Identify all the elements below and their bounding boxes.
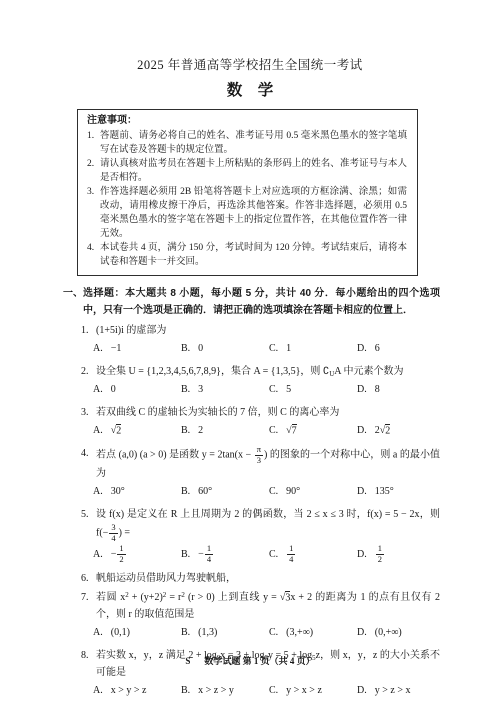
option-b: B.2 (181, 422, 269, 439)
notice-title: 注意事项： (87, 114, 407, 128)
math-fraction: 12 (117, 544, 125, 564)
question-options: A.x > y > zB.x > z > yC.y > x > zD.y > z… (93, 682, 440, 699)
option-label: D. (357, 682, 367, 699)
option-value: 60° (198, 483, 212, 500)
question-body: 若圆 x2 + (y+2)2 = r2 (r > 0) 上到直线 y = √3x… (96, 589, 440, 645)
question-item: 3.若双曲线 C 的虚轴长为实轴长的 7 倍，则 C 的离心率为A.√2B.2C… (81, 404, 440, 443)
notice-item: 2.请认真核对监考员在答题卡上所粘贴的条形码上的姓名、准考证号与本人是否相符。 (87, 157, 407, 185)
option-a: A.(0,1) (93, 624, 181, 641)
question-item: 1.(1+5i)i 的虚部为A.−1B.0C.1D.6 (81, 322, 440, 361)
option-value: (1,3) (198, 624, 217, 641)
option-value: 90° (286, 483, 300, 500)
option-label: B. (181, 546, 190, 563)
superscript: 2 (181, 591, 185, 599)
question-options: A.(0,1)B.(1,3)C.(3,+∞)D.(0,+∞) (93, 624, 440, 641)
option-value: 6 (375, 340, 380, 357)
question-body: 帆船运动员借助风力驾驶帆船， (96, 570, 440, 587)
option-value: (0,1) (111, 624, 130, 641)
option-label: A. (93, 546, 103, 563)
option-c: C.1 (269, 340, 357, 357)
option-label: A. (93, 422, 103, 439)
question-body: 设 f(x) 是定义在 R 上且周期为 2 的偶函数，当 2 ≤ x ≤ 3 时… (96, 506, 440, 568)
option-value: √2 (111, 422, 122, 439)
option-value: x > z > y (198, 682, 234, 699)
option-label: B. (181, 381, 190, 398)
page-indicator: 数学试题 第 1 页（共 4 页） (204, 656, 314, 666)
fraction-numerator: 1 (205, 544, 213, 555)
option-c: C.5 (269, 381, 357, 398)
option-value: x > y > z (111, 682, 147, 699)
fraction-numerator: 3 (109, 523, 117, 534)
option-value: 3 (198, 381, 203, 398)
question-item: 5.设 f(x) 是定义在 R 上且周期为 2 的偶函数，当 2 ≤ x ≤ 3… (81, 506, 440, 568)
option-value: 2√2 (375, 422, 391, 439)
notice-item-number: 1. (87, 129, 100, 157)
superscript: 2 (125, 591, 129, 599)
fraction-denominator: 4 (287, 555, 295, 565)
notice-item-text: 请认真核对监考员在答题卡上所粘贴的条形码上的姓名、准考证号与本人是否相符。 (100, 157, 407, 185)
option-d: D.6 (357, 340, 380, 357)
question-stem: 帆船运动员借助风力驾驶帆船， (96, 570, 440, 587)
fraction-denominator: 3 (255, 456, 263, 466)
option-label: C. (269, 340, 278, 357)
question-body: 若点 (a,0) (a > 0) 是函数 y = 2tan(x − π3) 的图… (96, 445, 440, 504)
fraction-numerator: 1 (287, 544, 295, 555)
option-label: C. (269, 381, 278, 398)
question-options: A.√2B.2C.√7D.2√2 (93, 422, 440, 439)
option-b: B.60° (181, 483, 269, 500)
question-item: 4.若点 (a,0) (a > 0) 是函数 y = 2tan(x − π3) … (81, 445, 440, 504)
option-value: 5 (286, 381, 291, 398)
fraction-denominator: 2 (117, 555, 125, 565)
option-value: 12 (375, 544, 385, 564)
math-fraction: π3 (255, 445, 263, 465)
notice-item-number: 3. (87, 185, 100, 241)
option-label: B. (181, 682, 190, 699)
option-value: 14 (286, 544, 296, 564)
option-value: 8 (375, 381, 380, 398)
option-d: D.8 (357, 381, 380, 398)
option-c: C.√7 (269, 422, 357, 439)
option-c: C.14 (269, 544, 357, 564)
subscript: U (329, 370, 334, 378)
question-stem: 若圆 x2 + (y+2)2 = r2 (r > 0) 上到直线 y = √3x… (96, 589, 440, 623)
option-value: y > z > x (375, 682, 411, 699)
option-label: D. (357, 381, 367, 398)
fraction-numerator: π (255, 445, 263, 456)
option-label: C. (269, 624, 278, 641)
section-label: 一、 (63, 285, 83, 319)
fraction-denominator: 4 (205, 555, 213, 565)
fraction-denominator: 4 (109, 534, 117, 544)
superscript: 2 (163, 591, 167, 599)
question-stem: 若点 (a,0) (a > 0) 是函数 y = 2tan(x − π3) 的图… (96, 445, 440, 482)
option-value: −1 (111, 340, 122, 357)
notice-item-number: 4. (87, 241, 100, 269)
option-value: 0 (198, 340, 203, 357)
math-sqrt: √7 (286, 424, 297, 437)
option-a: A.√2 (93, 422, 181, 439)
radicand: 2 (385, 424, 390, 437)
notice-item: 1.答题前、请务必将自己的姓名、准考证号用 0.5 毫米黑色墨水的签字笔填写在试… (87, 129, 407, 157)
option-b: B.0 (181, 340, 269, 357)
math-sqrt: √2 (380, 424, 391, 437)
option-label: B. (181, 422, 190, 439)
option-label: D. (357, 546, 367, 563)
radicand: 7 (292, 424, 297, 437)
option-value: 135° (375, 483, 394, 500)
math-fraction: 34 (109, 523, 117, 543)
notice-item-text: 作答选择题必须用 2B 铅笔将答题卡上对应选项的方框涂满、涂黑；如需改动，请用橡… (100, 185, 407, 241)
question-options: A.30°B.60°C.90°D.135° (93, 483, 440, 500)
option-label: D. (357, 624, 367, 641)
option-a: A.−1 (93, 340, 181, 357)
paper-code: S (185, 656, 190, 666)
notice-item-number: 2. (87, 157, 100, 185)
option-label: D. (357, 483, 367, 500)
question-item: 2.设全集 U = {1,2,3,4,5,6,7,8,9}，集合 A = {1,… (81, 363, 440, 402)
page-footer: S数学试题 第 1 页（共 4 页） (0, 654, 500, 667)
fraction-numerator: 1 (376, 544, 384, 555)
radicand: 2 (116, 424, 121, 437)
option-label: A. (93, 483, 103, 500)
question-item: 7.若圆 x2 + (y+2)2 = r2 (r > 0) 上到直线 y = √… (81, 589, 440, 645)
option-value: −14 (198, 544, 214, 564)
option-label: A. (93, 340, 103, 357)
fraction-numerator: 1 (117, 544, 125, 555)
question-stem: 若双曲线 C 的虚轴长为实轴长的 7 倍，则 C 的离心率为 (96, 404, 440, 421)
notice-item: 3.作答选择题必须用 2B 铅笔将答题卡上对应选项的方框涂满、涂黑；如需改动，请… (87, 185, 407, 241)
option-a: A.−12 (93, 544, 181, 564)
notice-item-text: 本试卷共 4 页，满分 150 分，考试时间为 120 分钟。考试结束后，请将本… (100, 241, 407, 269)
exam-title: 2025 年普通高等学校招生全国统一考试 (0, 0, 500, 73)
notice-item: 4.本试卷共 4 页，满分 150 分，考试时间为 120 分钟。考试结束后，请… (87, 241, 407, 269)
option-label: B. (181, 483, 190, 500)
question-body: 若双曲线 C 的虚轴长为实轴长的 7 倍，则 C 的离心率为A.√2B.2C.√… (96, 404, 440, 443)
option-b: B.3 (181, 381, 269, 398)
option-value: 2 (198, 422, 203, 439)
section-header: 一、 选择题：本大题共 8 小题，每小题 5 分，共计 40 分．每小题给出的四… (63, 285, 440, 319)
math-sqrt: √3 (280, 591, 291, 604)
option-c: C.(3,+∞) (269, 624, 357, 641)
option-d: D.12 (357, 544, 385, 564)
question-body: (1+5i)i 的虚部为A.−1B.0C.1D.6 (96, 322, 440, 361)
option-value: √7 (286, 422, 297, 439)
option-label: D. (357, 422, 367, 439)
option-value: y > x > z (286, 682, 322, 699)
question-item: 6.帆船运动员借助风力驾驶帆船， (81, 570, 440, 587)
option-label: B. (181, 624, 190, 641)
option-label: B. (181, 340, 190, 357)
option-label: A. (93, 682, 103, 699)
radical-sign: √ (286, 425, 292, 436)
option-b: B.−14 (181, 544, 269, 564)
question-stem: 设全集 U = {1,2,3,4,5,6,7,8,9}，集合 A = {1,3,… (96, 363, 440, 380)
option-value: −12 (111, 544, 127, 564)
question-stem: 设 f(x) 是定义在 R 上且周期为 2 的偶函数，当 2 ≤ x ≤ 3 时… (96, 506, 440, 543)
option-label: A. (93, 624, 103, 641)
question-number: 6. (81, 570, 96, 587)
subject-title: 数 学 (0, 78, 500, 100)
option-value: 0 (111, 381, 116, 398)
option-value: (3,+∞) (286, 624, 313, 641)
option-c: C.y > x > z (269, 682, 357, 699)
option-d: D.135° (357, 483, 394, 500)
option-label: C. (269, 546, 278, 563)
option-value: 30° (111, 483, 125, 500)
page-content: 注意事项： 1.答题前、请务必将自己的姓名、准考证号用 0.5 毫米黑色墨水的签… (63, 109, 440, 703)
fraction-denominator: 2 (376, 555, 384, 565)
option-d: D.(0,+∞) (357, 624, 402, 641)
option-b: B.x > z > y (181, 682, 269, 699)
math-fraction: 14 (287, 544, 295, 564)
option-label: D. (357, 340, 367, 357)
question-list: 1.(1+5i)i 的虚部为A.−1B.0C.1D.62.设全集 U = {1,… (81, 322, 440, 703)
question-options: A.−12B.−14C.14D.12 (93, 544, 440, 564)
exam-page: 2025 年普通高等学校招生全国统一考试 数 学 注意事项： 1.答题前、请务必… (0, 0, 500, 708)
option-value: 1 (286, 340, 291, 357)
option-label: A. (93, 381, 103, 398)
question-stem: (1+5i)i 的虚部为 (96, 322, 440, 339)
math-sqrt: √2 (111, 424, 122, 437)
notice-items: 1.答题前、请务必将自己的姓名、准考证号用 0.5 毫米黑色墨水的签字笔填写在试… (87, 129, 407, 269)
option-value: (0,+∞) (375, 624, 402, 641)
option-label: C. (269, 682, 278, 699)
notice-box: 注意事项： 1.答题前、请务必将自己的姓名、准考证号用 0.5 毫米黑色墨水的签… (77, 109, 418, 276)
math-fraction: 14 (205, 544, 213, 564)
option-d: D.y > z > x (357, 682, 410, 699)
option-a: A.0 (93, 381, 181, 398)
question-options: A.0B.3C.5D.8 (93, 381, 440, 398)
option-c: C.90° (269, 483, 357, 500)
section-text: 选择题：本大题共 8 小题，每小题 5 分，共计 40 分．每小题给出的四个选项… (83, 285, 440, 319)
option-label: C. (269, 422, 278, 439)
option-d: D.2√2 (357, 422, 390, 439)
notice-item-text: 答题前、请务必将自己的姓名、准考证号用 0.5 毫米黑色墨水的签字笔填写在试卷及… (100, 129, 407, 157)
option-a: A.x > y > z (93, 682, 181, 699)
option-b: B.(1,3) (181, 624, 269, 641)
option-a: A.30° (93, 483, 181, 500)
question-body: 设全集 U = {1,2,3,4,5,6,7,8,9}，集合 A = {1,3,… (96, 363, 440, 402)
option-label: C. (269, 483, 278, 500)
math-fraction: 12 (376, 544, 384, 564)
radicand: 3 (285, 591, 290, 604)
question-options: A.−1B.0C.1D.6 (93, 340, 440, 357)
